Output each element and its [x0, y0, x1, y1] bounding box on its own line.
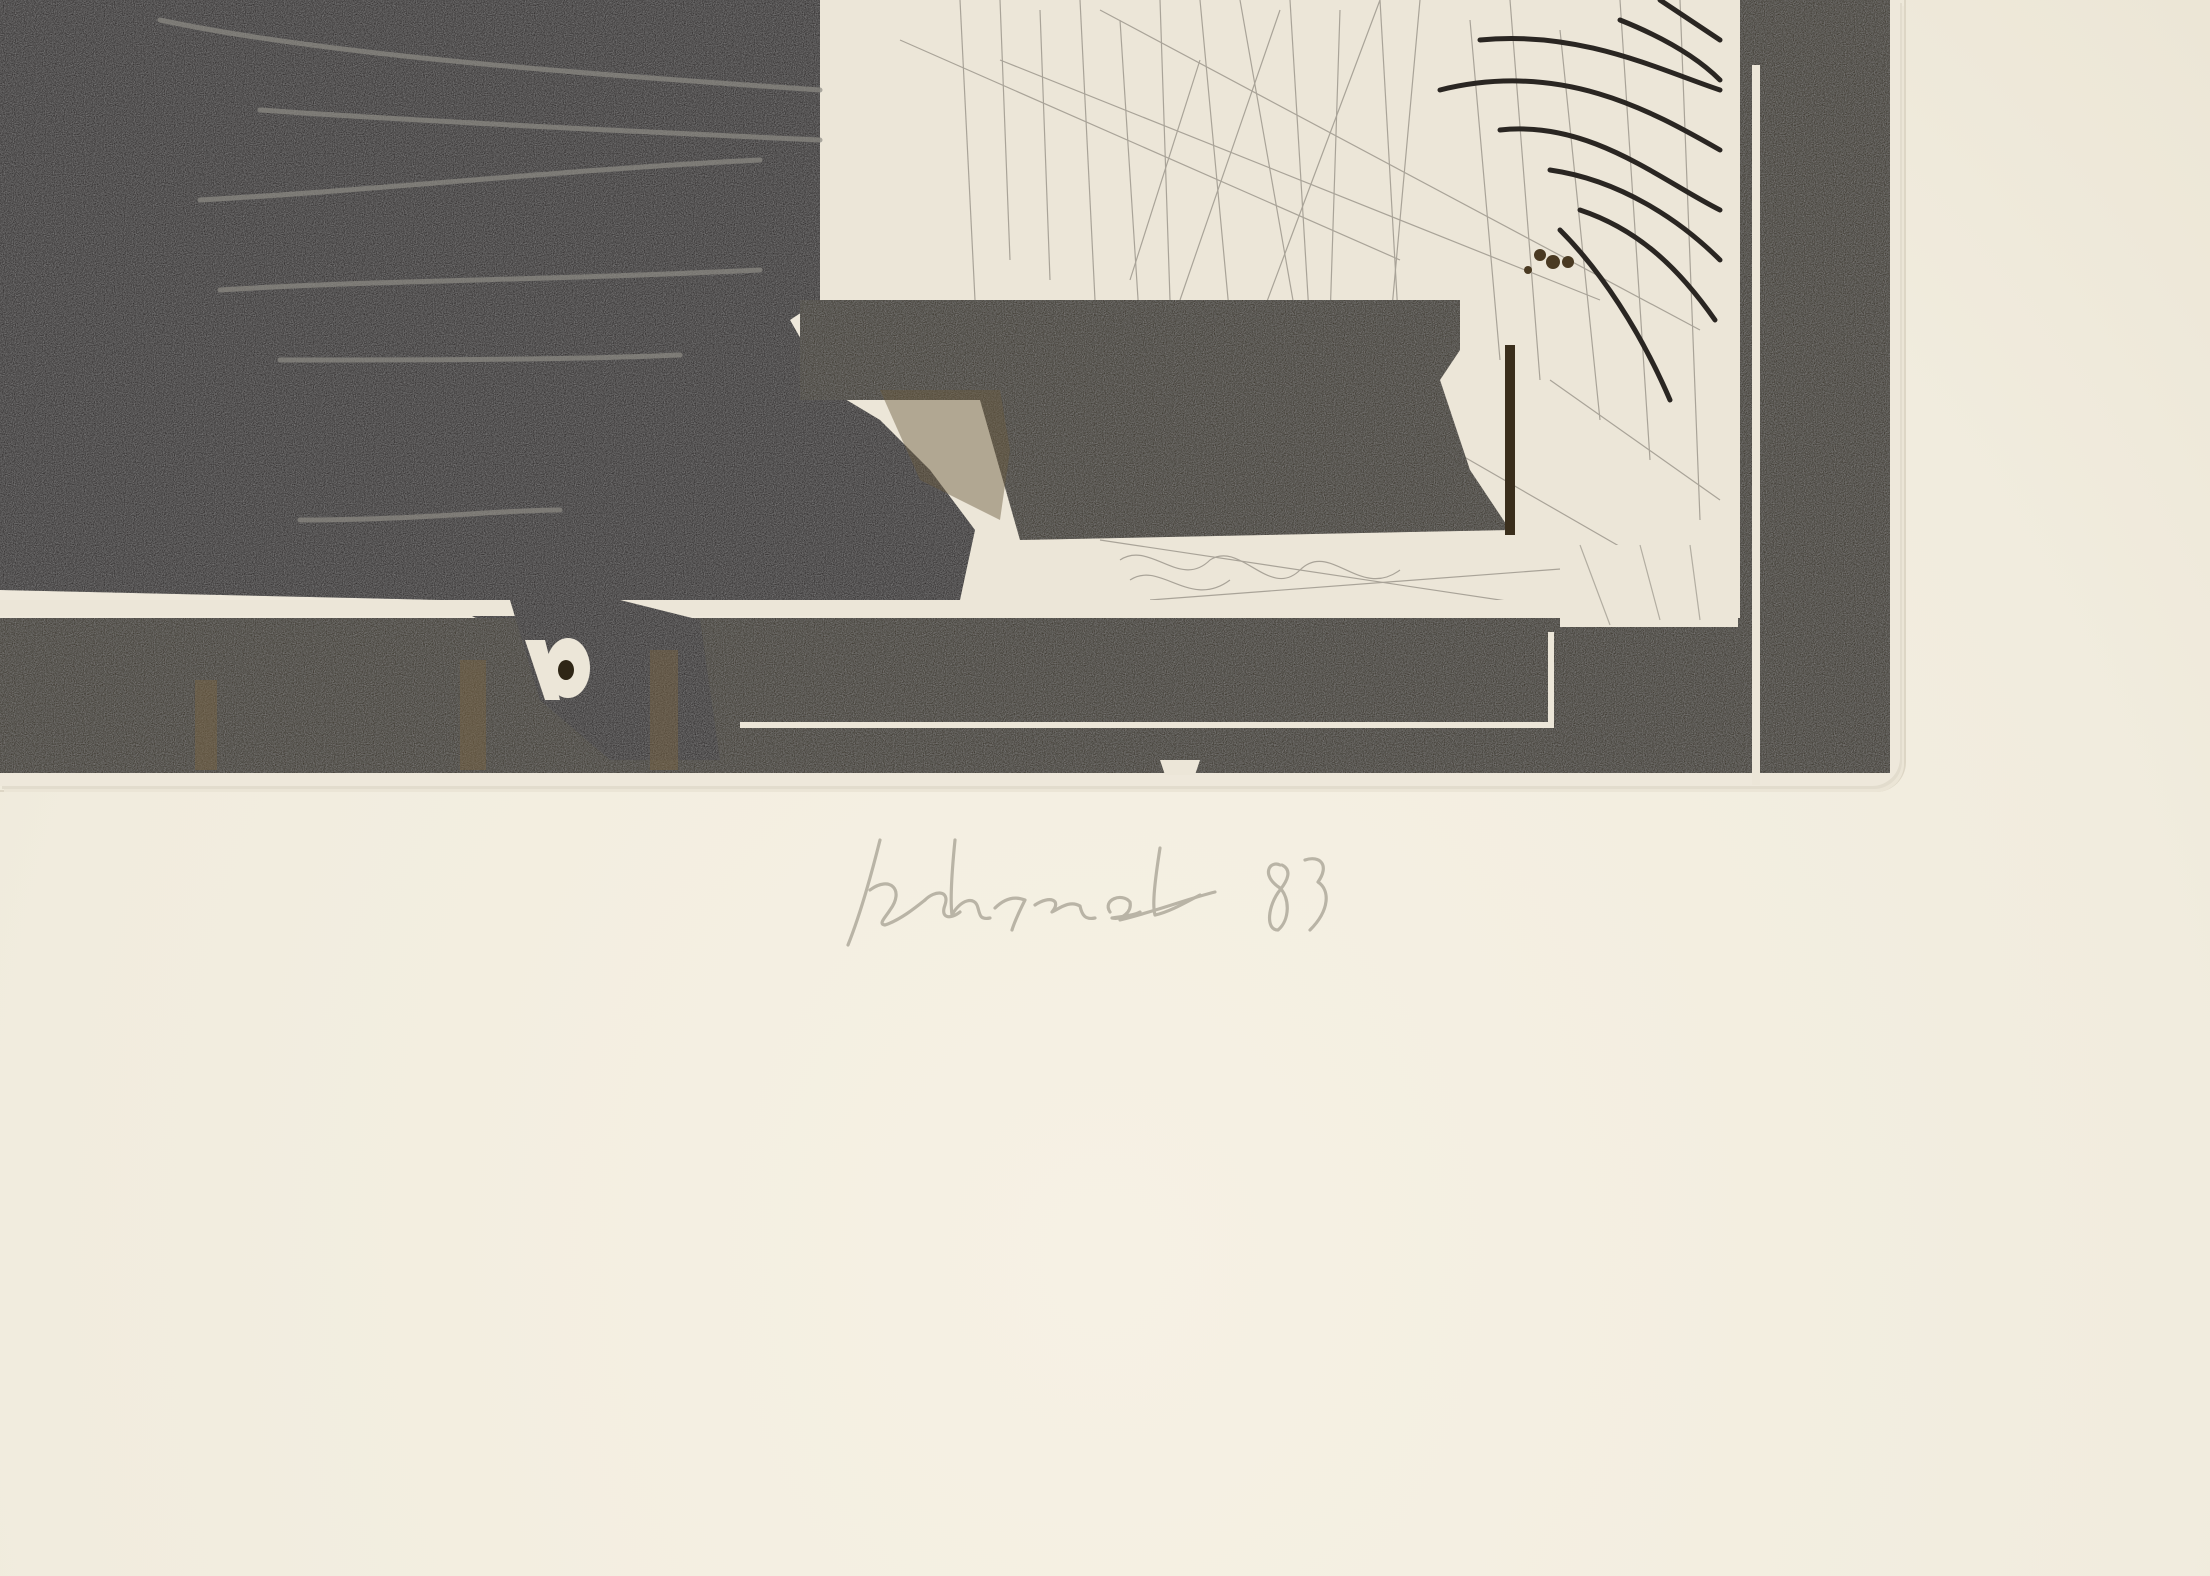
etching-plate — [0, 0, 1900, 786]
artist-signature: Behrendt — [830, 820, 1650, 960]
etching-image — [0, 0, 1900, 786]
pencil-signature-strokes — [830, 820, 1650, 960]
